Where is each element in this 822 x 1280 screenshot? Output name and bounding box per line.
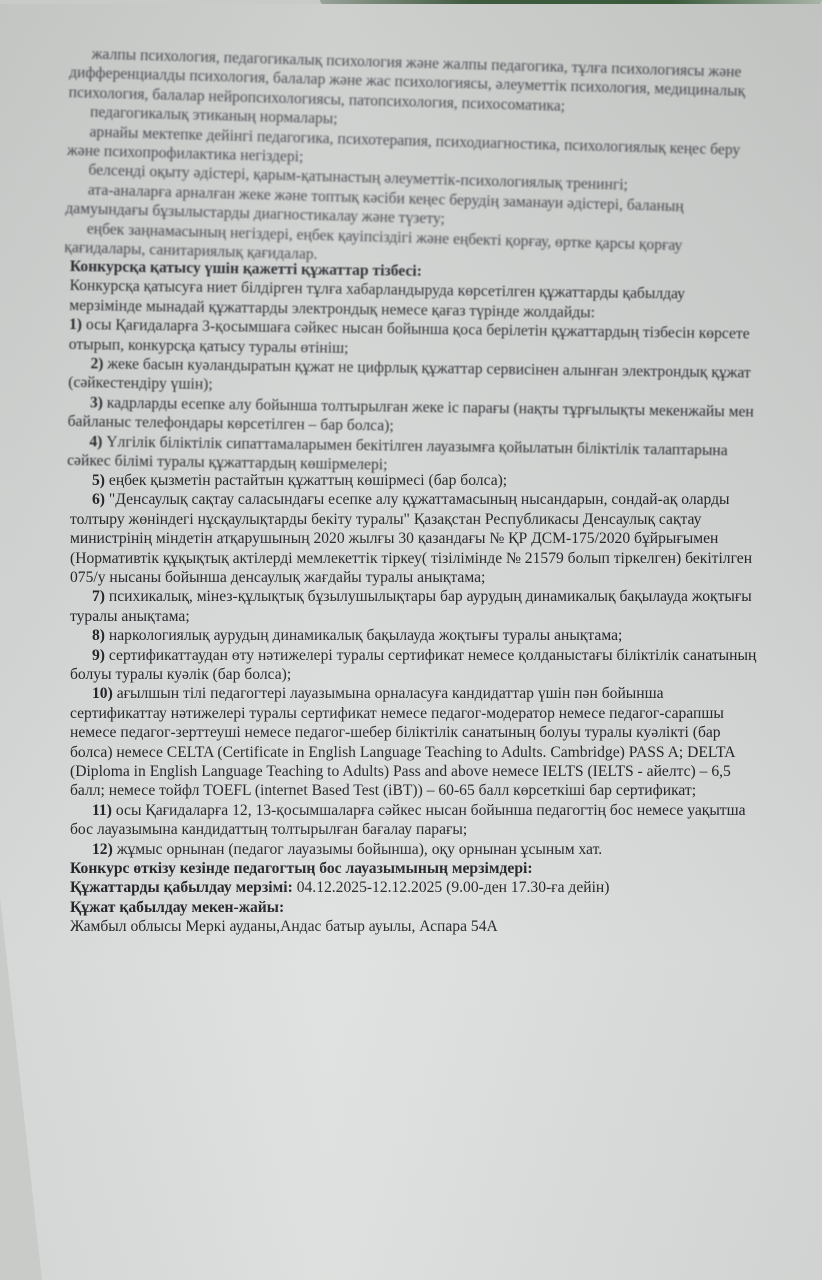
intro-line: белсенді оқыту әдістері, қарым-қатынасты… [66,160,756,199]
list-item: 4) Үлгілік біліктілік сипаттамаларымен б… [67,432,757,480]
docs-intro: Конкурсқа қатысуға ниет білдірген тұлға … [69,277,759,325]
docs-section: Конкурсқа қатысу үшін қажетті құжаттар т… [67,257,760,480]
list-item: 10) ағылшын тілі педагогтері лауазымына … [70,684,760,800]
list-item: 7) психикалық, мінез-құлықтық бұзылушылы… [70,587,760,626]
paper-sheet: жалпы психология, педагогикалық психолог… [0,4,822,1280]
list-item: 12) жұмыс орнынан (педагог лауазымы бойы… [70,840,760,859]
docs-heading: Конкурсқа қатысу үшін қажетті құжаттар т… [70,257,760,286]
list-item: 1) осы Қағидаларға 3-қосымшаға сәйкес ны… [69,316,759,364]
list-item: 5) еңбек қызметін растайтын құжаттың көш… [70,471,760,490]
address-heading: Құжат қабылдау мекен-жайы: [70,898,760,917]
docs-section-cont: 5) еңбек қызметін растайтын құжаттың көш… [70,471,760,937]
address-value: Жамбыл облысы Меркі ауданы,Андас батыр а… [70,917,760,936]
deadline-label: Құжаттарды қабылдау мерзімі: [70,879,293,896]
document-body: жалпы психология, педагогикалық психолог… [70,44,760,937]
list-item: 11) осы Қағидаларға 12, 13-қосымшаларға … [70,801,760,840]
list-item: 6) "Денсаулық сақтау саласындағы есепке … [70,490,760,587]
intro-line: арнайы мектепке дейінгі педагогика, псих… [67,122,758,180]
deadline-value: 04.12.2025-12.12.2025 (9.00-ден 17.30-ға… [293,879,610,896]
list-item: 2) жеке басын куәландыратын құжат не циф… [68,354,758,402]
intro-line: жалпы психология, педагогикалық психолог… [68,44,759,121]
intro-line: педагогикалық этиканың нормалары; [68,102,758,141]
list-item: 3) кадрларды есепке алу бойынша толтырыл… [68,393,758,441]
list-item: 8) наркологиялық аурудың динамикалық бақ… [70,626,760,645]
intro-line: еңбек заңнамасының негіздері, еңбек қауі… [64,219,755,277]
deadline-line: Құжаттарды қабылдау мерзімі: 04.12.2025-… [70,878,760,897]
terms-heading: Конкурс өткізу кезінде педагогтың бос ла… [70,859,760,878]
list-item: 9) сертификаттаудан өту нәтижелері турал… [70,646,760,685]
intro-line: ата-аналарға арналған жеке және топтық к… [65,180,756,238]
intro-section: жалпы психология, педагогикалық психолог… [64,44,760,277]
